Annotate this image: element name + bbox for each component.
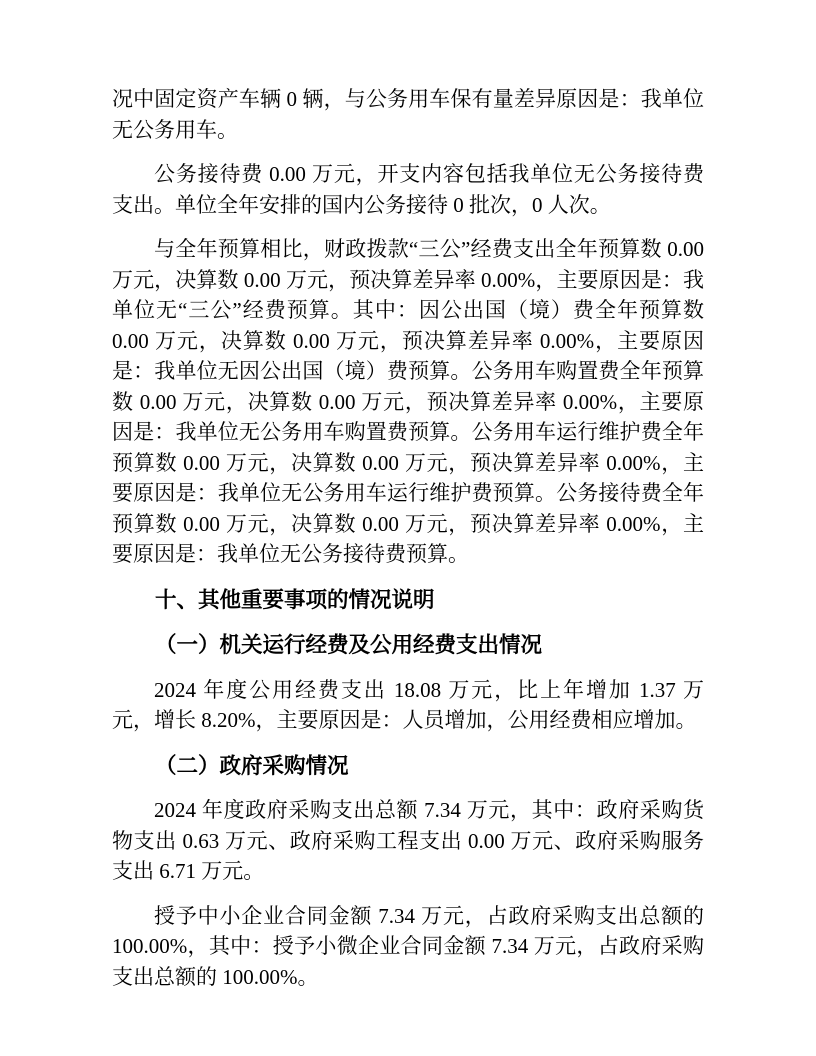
paragraph-public-funds-expenditure-2024: 2024 年度公用经费支出 18.08 万元，比上年增加 1.37 万元，增长 … xyxy=(112,675,704,736)
paragraph-three-public-budget-comparison: 与全年预算相比，财政拨款“三公”经费支出全年预算数 0.00 万元，决算数 0.… xyxy=(112,234,704,570)
paragraph-sme-contract-amounts: 授予中小企业合同金额 7.34 万元，占政府采购支出总额的 100.00%，其中… xyxy=(112,901,704,993)
paragraph-official-reception-expense: 公务接待费 0.00 万元，开支内容包括我单位无公务接待费支出。单位全年安排的国… xyxy=(112,159,704,220)
heading-sub-one-operating-and-public-funds: （一）机关运行经费及公用经费支出情况 xyxy=(112,630,704,661)
document-page: 况中固定资产车辆 0 辆，与公务用车保有量差异原因是：我单位无公务用车。 公务接… xyxy=(0,0,816,1056)
heading-section-ten-other-important-matters: 十、其他重要事项的情况说明 xyxy=(112,585,704,616)
paragraph-vehicle-holdings-continuation: 况中固定资产车辆 0 辆，与公务用车保有量差异原因是：我单位无公务用车。 xyxy=(112,84,704,145)
paragraph-government-procurement-total-2024: 2024 年度政府采购支出总额 7.34 万元，其中：政府采购货物支出 0.63… xyxy=(112,795,704,887)
heading-sub-two-government-procurement: （二）政府采购情况 xyxy=(112,751,704,782)
